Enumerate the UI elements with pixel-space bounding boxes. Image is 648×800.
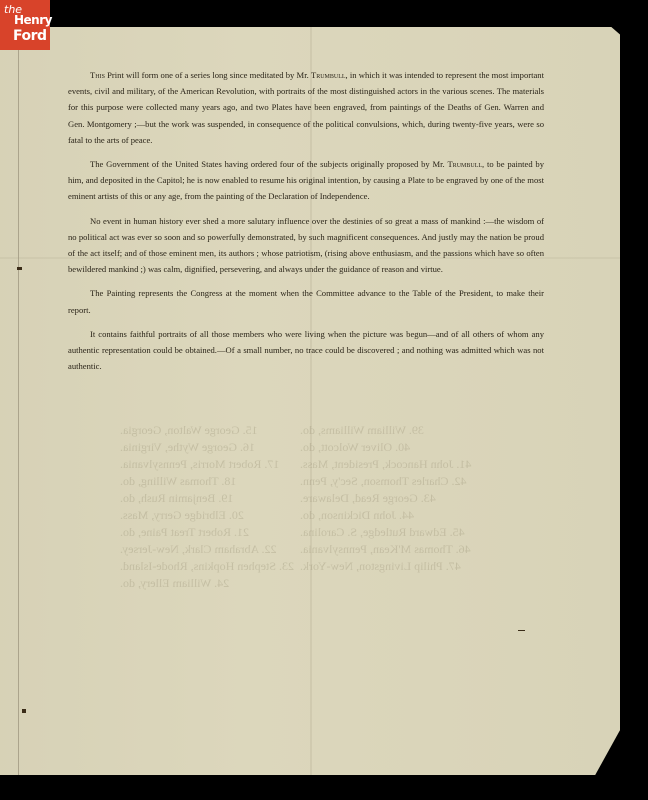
paragraph-4: The Painting represents the Congress at … [68, 285, 544, 317]
ink-mark [518, 630, 525, 631]
paragraph-3: No event in human history ever shed a mo… [68, 213, 544, 278]
paragraph-2: The Government of the United States havi… [68, 156, 544, 205]
bleed-through-left-column: 39. William Williams, do.40. Oliver Wolc… [300, 422, 480, 575]
ink-blot [17, 267, 22, 270]
bleed-through-right-column: 15. George Walton, Georgia.16. George Wy… [120, 422, 300, 592]
ink-blot [22, 709, 26, 713]
fold-line-left [18, 27, 19, 775]
paragraph-5: It contains faithful portraits of all th… [68, 326, 544, 375]
paragraph-1: This Print will form one of a series lon… [68, 67, 544, 148]
document-body: This Print will form one of a series lon… [68, 67, 544, 382]
henry-ford-logo: the Henry Ford [0, 0, 50, 50]
document-page: 39. William Williams, do.40. Oliver Wolc… [0, 27, 620, 775]
